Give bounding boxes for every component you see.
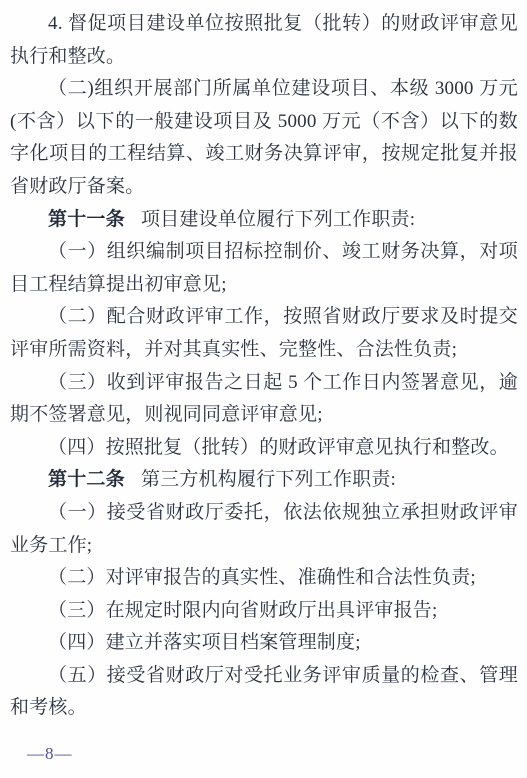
- item-2-department-projects: （二)组织开展部门所属单位建设项目、本级 3000 万元(不含）以下的一般建设项…: [10, 73, 518, 203]
- article-11-item-4: （四）按照批复（批转）的财政评审意见执行和整改。: [10, 432, 518, 465]
- article-12-heading: 第十二条第三方机构履行下列工作职责:: [10, 464, 518, 497]
- article-11-heading: 第十一条项目建设单位履行下列工作职责:: [10, 204, 518, 237]
- article-11-item-3: （三）收到评审报告之日起 5 个工作日内签署意见，逾期不签署意见，则视同同意评审…: [10, 367, 518, 432]
- page-number: —8—: [27, 744, 73, 764]
- article-11-item-1: （一）组织编制项目招标控制价、竣工财务决算，对项目工程结算提出初审意见;: [10, 236, 518, 301]
- article-12-item-5: （五）接受省财政厅对受托业务评审质量的检查、管理和考核。: [10, 660, 518, 725]
- document-page: 4. 督促项目建设单位按照批复（批转）的财政评审意见执行和整改。 （二)组织开展…: [0, 0, 527, 778]
- article-12-text: 第三方机构履行下列工作职责:: [141, 469, 396, 490]
- article-11-number: 第十一条: [48, 209, 125, 230]
- document-body: 4. 督促项目建设单位按照批复（批转）的财政评审意见执行和整改。 （二)组织开展…: [10, 8, 518, 725]
- article-11-item-2: （二）配合财政评审工作，按照省财政厅要求及时提交评审所需资料，并对其真实性、完整…: [10, 301, 518, 366]
- article-12-number: 第十二条: [48, 469, 125, 490]
- clause-4-supervision: 4. 督促项目建设单位按照批复（批转）的财政评审意见执行和整改。: [10, 8, 518, 73]
- article-11-text: 项目建设单位履行下列工作职责:: [141, 209, 415, 230]
- article-12-item-3: （三）在规定时限内向省财政厅出具评审报告;: [10, 595, 518, 628]
- article-12-item-1: （一）接受省财政厅委托，依法依规独立承担财政评审业务工作;: [10, 497, 518, 562]
- article-12-item-4: （四）建立并落实项目档案管理制度;: [10, 627, 518, 660]
- article-12-item-2: （二）对评审报告的真实性、准确性和合法性负责;: [10, 562, 518, 595]
